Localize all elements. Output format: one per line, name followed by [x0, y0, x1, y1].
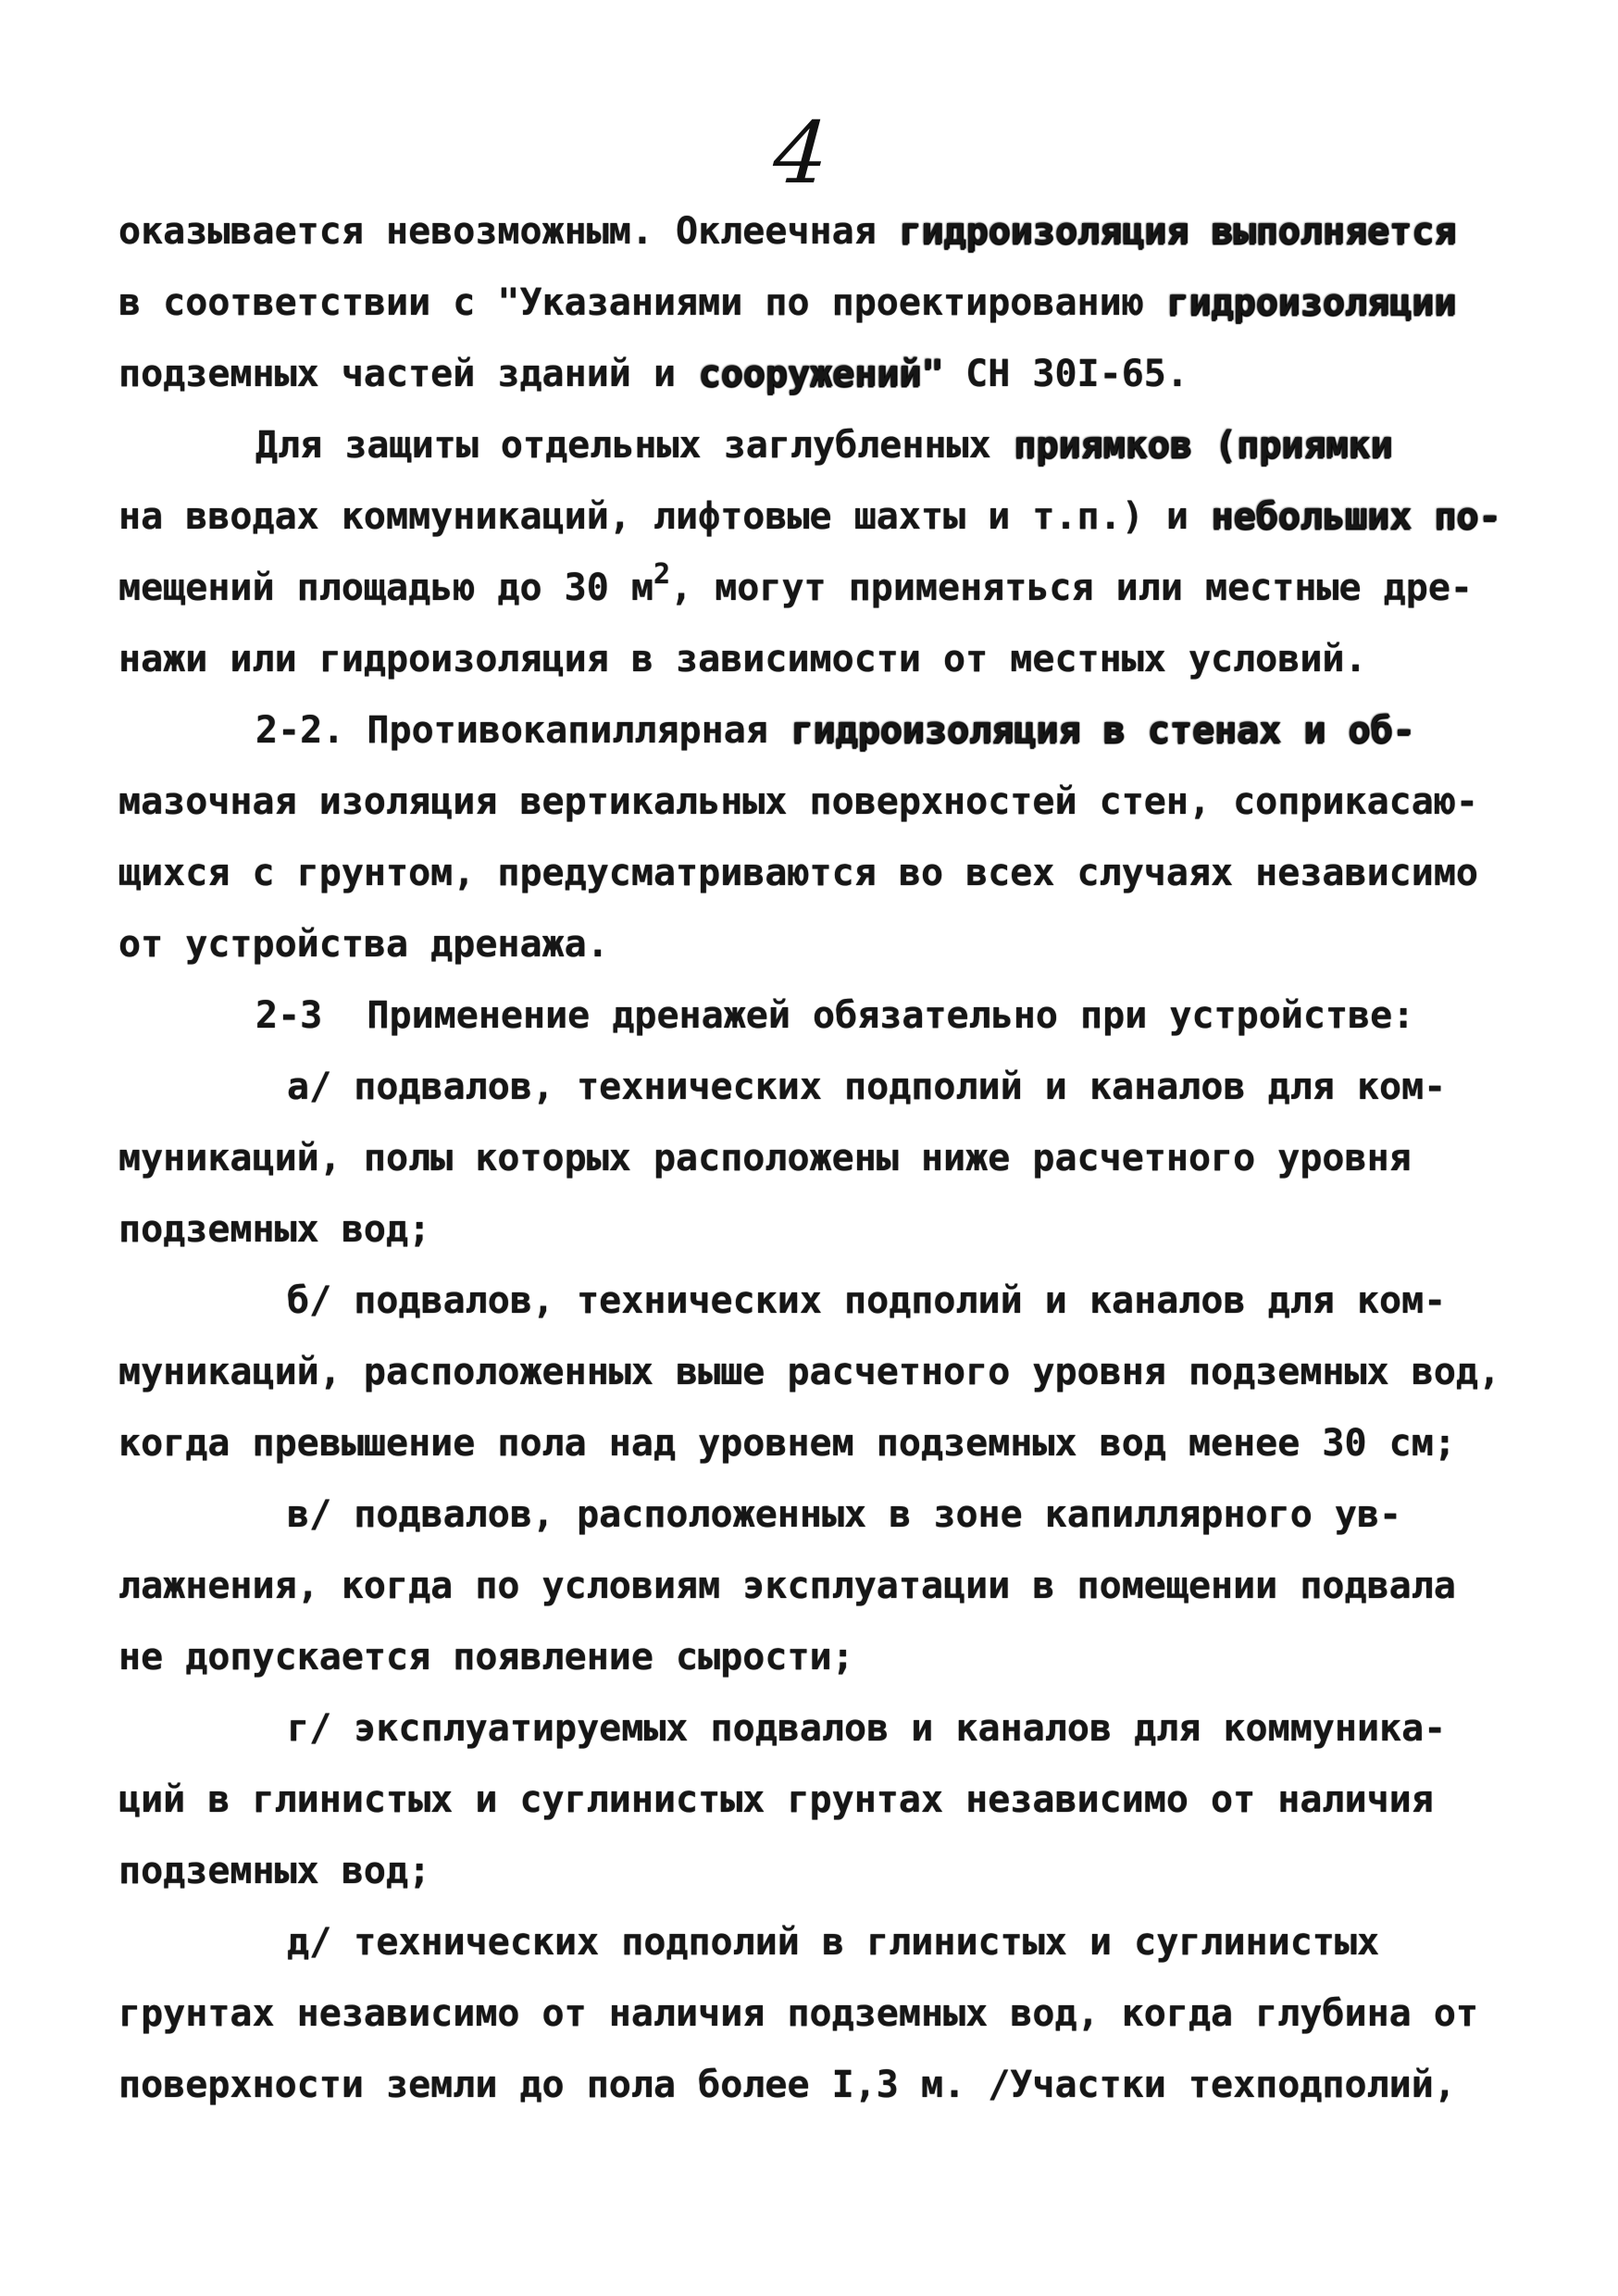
- text-segment: 2-3 Применение дренажей обязательно при …: [255, 994, 1414, 1037]
- text-line: мещений площадью до 30 м2, могут применя…: [118, 553, 1535, 624]
- text-line: б/ подвалов, технических подполий и кана…: [118, 1266, 1535, 1337]
- text-segment: , могут применяться или местные дре-: [670, 567, 1473, 609]
- text-line: муникаций, расположенных выше расчетного…: [118, 1337, 1535, 1408]
- text-line: оказывается невозможным. Оклеечная гидро…: [118, 196, 1535, 268]
- text-segment: когда превышение пола над уровнем подзем…: [118, 1422, 1456, 1465]
- text-line: щихся с грунтом, предусматриваются во вс…: [118, 838, 1535, 909]
- text-segment: подземных вод;: [118, 1850, 430, 1892]
- page-number: 4: [770, 104, 831, 203]
- heavy-ink-text: гидроизоляция выполняется: [899, 210, 1456, 253]
- text-segment: д/ технических подполий в глинистых и су…: [287, 1921, 1379, 1964]
- text-line: грунтах независимо от наличия подземных …: [118, 1978, 1535, 2050]
- document-text: оказывается невозможным. Оклеечная гидро…: [118, 196, 1535, 2121]
- text-line: лажнения, когда по условиям эксплуатации…: [118, 1551, 1535, 1622]
- text-segment: б/ подвалов, технических подполий и кана…: [287, 1279, 1446, 1322]
- text-line: поверхности земли до пола более I,3 м. /…: [118, 2050, 1535, 2121]
- text-line: от устройства дренажа.: [118, 909, 1535, 980]
- text-line: в/ подвалов, расположенных в зоне капилл…: [118, 1479, 1535, 1551]
- superscript: 2: [653, 539, 670, 610]
- text-line: нажи или гидроизоляция в зависимости от …: [118, 624, 1535, 695]
- text-segment: подземных вод;: [118, 1208, 430, 1251]
- text-segment: а/ подвалов, технических подполий и кана…: [287, 1066, 1446, 1108]
- text-segment: г/ эксплуатируемых подвалов и каналов дл…: [287, 1707, 1446, 1750]
- text-segment: щихся с грунтом, предусматриваются во вс…: [118, 852, 1478, 894]
- heavy-ink-text: небольших по-: [1211, 495, 1500, 538]
- text-segment: грунтах независимо от наличия подземных …: [118, 1992, 1478, 2035]
- text-line: д/ технических подполий в глинистых и су…: [118, 1907, 1535, 1978]
- text-segment: ций в глинистых и суглинистых грунтах не…: [118, 1778, 1434, 1821]
- text-line: подземных вод;: [118, 1194, 1535, 1266]
- text-segment: мещений площадью до 30 м: [118, 567, 653, 609]
- text-line: подземных вод;: [118, 1836, 1535, 1907]
- text-line: подземных частей зданий и сооружений" СН…: [118, 339, 1535, 410]
- text-segment: муникаций, полы которых расположены ниже…: [118, 1137, 1412, 1179]
- text-segment: поверхности земли до пола более I,3 м. /…: [118, 2064, 1456, 2106]
- text-segment: в соответствии с "Указаниями по проектир…: [118, 281, 1166, 324]
- heavy-ink-text: гидроизоляции: [1166, 281, 1456, 324]
- document-page: 4 оказывается невозможным. Оклеечная гид…: [0, 0, 1618, 2296]
- text-segment: мазочная изоляция вертикальных поверхнос…: [118, 780, 1478, 823]
- text-segment: нажи или гидроизоляция в зависимости от …: [118, 638, 1367, 680]
- text-line: не допускается появление сырости;: [118, 1622, 1535, 1693]
- heavy-ink-text: гидроизоляция в стенах и об-: [790, 709, 1414, 752]
- text-segment: Для защиты отдельных заглубленных: [255, 424, 1014, 467]
- text-line: муникаций, полы которых расположены ниже…: [118, 1123, 1535, 1194]
- text-segment: лажнения, когда по условиям эксплуатации…: [118, 1565, 1456, 1607]
- text-segment: на вводах коммуникаций, лифтовые шахты и…: [118, 495, 1211, 538]
- text-segment: 2-2. Противокапиллярная: [255, 709, 790, 752]
- text-line: а/ подвалов, технических подполий и кана…: [118, 1052, 1535, 1123]
- heavy-ink-text: приямков (приямки: [1014, 424, 1392, 467]
- text-line: когда превышение пола над уровнем подзем…: [118, 1408, 1535, 1479]
- text-line: г/ эксплуатируемых подвалов и каналов дл…: [118, 1693, 1535, 1765]
- text-segment: муникаций, расположенных выше расчетного…: [118, 1351, 1500, 1393]
- text-segment: от устройства дренажа.: [118, 923, 609, 966]
- text-line: ций в глинистых и суглинистых грунтах не…: [118, 1765, 1535, 1836]
- text-line: 2-3 Применение дренажей обязательно при …: [118, 980, 1535, 1052]
- text-segment: СН 30I-65.: [943, 353, 1189, 395]
- text-segment: оказывается невозможным. Оклеечная: [118, 210, 899, 253]
- text-line: 2-2. Противокапиллярная гидроизоляция в …: [118, 695, 1535, 767]
- text-line: в соответствии с "Указаниями по проектир…: [118, 268, 1535, 339]
- text-segment: подземных частей зданий и: [118, 353, 698, 395]
- text-line: Для защиты отдельных заглубленных приямк…: [118, 410, 1535, 481]
- heavy-ink-text: сооружений": [698, 353, 943, 395]
- text-line: мазочная изоляция вертикальных поверхнос…: [118, 767, 1535, 838]
- text-segment: не допускается появление сырости;: [118, 1636, 854, 1678]
- text-segment: в/ подвалов, расположенных в зоне капилл…: [287, 1493, 1401, 1536]
- text-line: на вводах коммуникаций, лифтовые шахты и…: [118, 481, 1535, 553]
